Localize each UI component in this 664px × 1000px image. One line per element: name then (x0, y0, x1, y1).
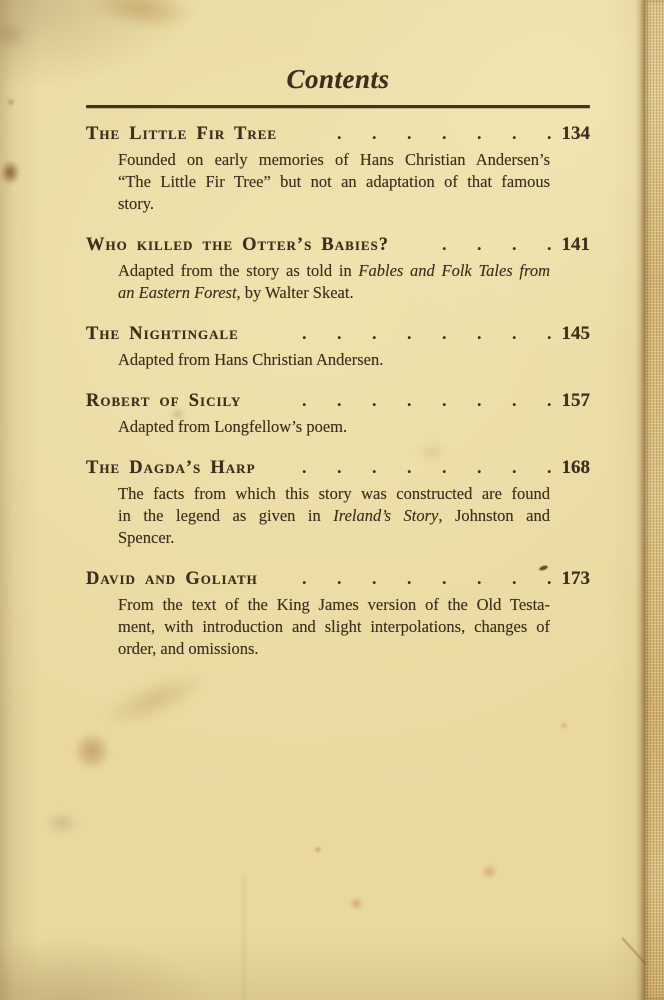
note-line: From the text of the King James version … (118, 594, 550, 616)
story-title: The Dagda’s Harp (86, 456, 256, 480)
paper-stain (481, 864, 498, 879)
note-line: “The Little Fir Tree” but not an adaptat… (118, 171, 550, 193)
toc-entry: Who killed the Otter’s Babies? . . . . 1… (86, 232, 590, 304)
story-title: Who killed the Otter’s Babies? (86, 233, 389, 257)
dot-leader: . . . . (403, 232, 551, 256)
toc-entry: David and Goliath . . . . . . . . 173 Fr… (86, 566, 590, 660)
page-edge-shadow (635, 0, 644, 1000)
story-title: The Nightingale (86, 322, 239, 346)
paper-stain (314, 846, 322, 853)
paper-stain (7, 98, 15, 106)
paper-stain (0, 20, 28, 50)
story-title: The Little Fir Tree (86, 122, 277, 146)
page-number: 168 (562, 456, 591, 480)
dot-leader: . . . . . . . . (255, 388, 551, 412)
note-line: Spencer. (118, 527, 550, 549)
toc-entry-heading: Who killed the Otter’s Babies? . . . . 1… (86, 232, 590, 257)
entry-note: Adapted from the story as told in Fables… (118, 260, 550, 304)
dot-leader: . . . . . . . . (253, 321, 552, 345)
toc-entry: The Dagda’s Harp . . . . . . . . 168 The… (86, 455, 590, 549)
paper-crease (243, 875, 245, 1000)
page-number: 157 (562, 389, 591, 413)
note-line: ment, with introduction and slight inter… (118, 616, 550, 638)
paper-stain (349, 897, 364, 910)
story-title: David and Goliath (86, 567, 258, 591)
note-line: Adapted from Hans Christian Andersen. (118, 349, 550, 371)
toc-entry: The Nightingale . . . . . . . . 145 Adap… (86, 321, 590, 371)
page-number: 145 (562, 322, 591, 346)
page-number: 173 (562, 567, 591, 591)
note-line: The facts from which this story was cons… (118, 483, 550, 505)
paper-stain (0, 160, 20, 185)
note-line: order, and omissions. (118, 638, 550, 660)
note-line: Founded on early memories of Hans Christ… (118, 149, 550, 171)
dot-leader: . . . . . . . (291, 121, 551, 145)
toc-entry-heading: The Dagda’s Harp . . . . . . . . 168 (86, 455, 590, 480)
toc-entry-heading: Robert of Sicily . . . . . . . . 157 (86, 388, 590, 413)
toc-entry-heading: The Little Fir Tree . . . . . . . 134 (86, 121, 590, 146)
toc-entry: The Little Fir Tree . . . . . . . 134 Fo… (86, 121, 590, 215)
paper-stain (46, 812, 78, 834)
note-line: Adapted from the story as told in Fables… (118, 260, 550, 282)
toc-entry-heading: David and Goliath . . . . . . . . 173 (86, 566, 590, 591)
note-line: story. (118, 193, 550, 215)
entry-note: From the text of the King James version … (118, 594, 550, 660)
story-title: Robert of Sicily (86, 389, 241, 413)
paper-stain (74, 732, 110, 770)
note-line: in the legend as given in Ireland’s Stor… (118, 505, 550, 527)
page-number: 134 (562, 122, 591, 146)
page-number: 141 (562, 233, 591, 257)
entry-note: Adapted from Hans Christian Andersen. (118, 349, 550, 371)
book-page-scan: Contents The Little Fir Tree . . . . . .… (0, 0, 664, 1000)
book-cover-cloth (644, 0, 664, 1000)
toc-entries: The Little Fir Tree . . . . . . . 134 Fo… (86, 121, 590, 660)
note-line: Adapted from Longfellow’s poem. (118, 416, 550, 438)
paper-stain (86, 0, 196, 35)
entry-note: The facts from which this story was cons… (118, 483, 550, 549)
page-content: Contents The Little Fir Tree . . . . . .… (86, 62, 590, 677)
note-line: an Eastern Forest, by Walter Skeat. (118, 282, 550, 304)
dot-leader: . . . . . . . . (270, 455, 552, 479)
toc-entry: Robert of Sicily . . . . . . . . 157 Ada… (86, 388, 590, 438)
entry-note: Adapted from Longfellow’s poem. (118, 416, 550, 438)
title-rule (86, 105, 590, 108)
dot-leader: . . . . . . . . (272, 566, 552, 590)
paper-stain (560, 722, 568, 729)
page-title: Contents (86, 62, 590, 96)
entry-note: Founded on early memories of Hans Christ… (118, 149, 550, 215)
toc-entry-heading: The Nightingale . . . . . . . . 145 (86, 321, 590, 346)
